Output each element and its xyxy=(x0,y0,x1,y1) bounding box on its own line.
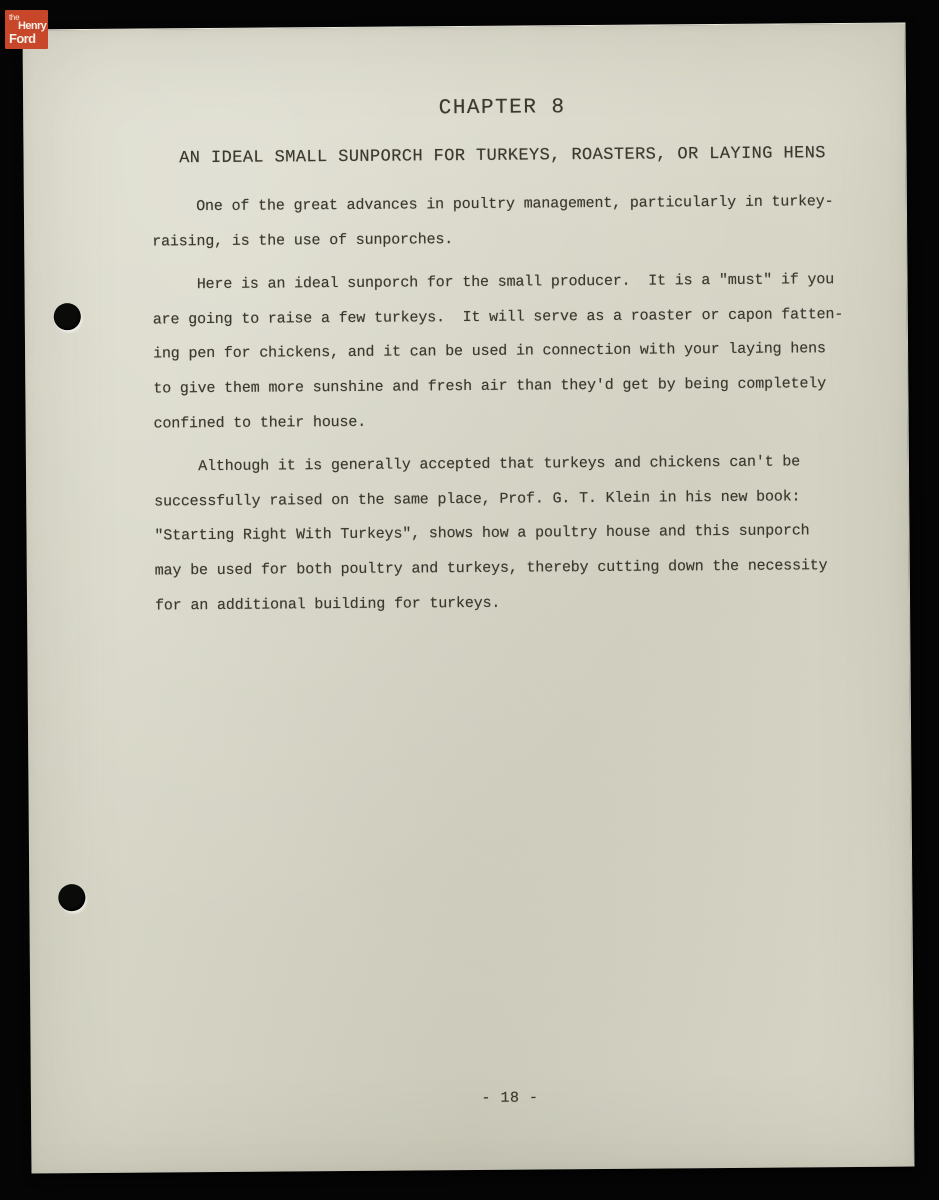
body-line: are going to raise a few turkeys. It wil… xyxy=(153,298,855,338)
punch-hole-bottom-icon xyxy=(58,884,85,911)
document-page: CHAPTER 8 AN IDEAL SMALL SUNPORCH FOR TU… xyxy=(23,23,915,1174)
body-line: Although it is generally accepted that t… xyxy=(154,445,856,485)
body-line: raising, is the use of sunporches. xyxy=(152,220,854,260)
body-line: successfully raised on the same place, P… xyxy=(154,480,856,520)
page-subtitle: AN IDEAL SMALL SUNPORCH FOR TURKEYS, ROA… xyxy=(151,142,853,172)
body-line: may be used for both poultry and turkeys… xyxy=(155,549,857,589)
chapter-heading: CHAPTER 8 xyxy=(151,92,853,126)
punch-hole-top-icon xyxy=(54,303,81,330)
body-line: to give them more sunshine and fresh air… xyxy=(153,367,855,407)
logo-text-ford: Ford xyxy=(9,31,35,46)
photo-background: CHAPTER 8 AN IDEAL SMALL SUNPORCH FOR TU… xyxy=(0,0,939,1200)
body-line: "Starting Right With Turkeys", shows how… xyxy=(154,514,856,554)
henry-ford-logo: the Henry Ford xyxy=(5,10,48,49)
paragraph: One of the great advances in poultry man… xyxy=(152,185,855,260)
paragraph: Here is an ideal sunporch for the small … xyxy=(152,263,855,441)
page-content: CHAPTER 8 AN IDEAL SMALL SUNPORCH FOR TU… xyxy=(151,24,862,1172)
body-text: One of the great advances in poultry man… xyxy=(152,185,857,624)
body-line: One of the great advances in poultry man… xyxy=(152,185,854,225)
body-line: Here is an ideal sunporch for the small … xyxy=(152,263,854,303)
page-number: - 18 - xyxy=(159,1086,861,1112)
body-line: for an additional building for turkeys. xyxy=(155,583,857,623)
paragraph: Although it is generally accepted that t… xyxy=(154,445,857,623)
body-line: confined to their house. xyxy=(153,402,855,442)
body-line: ing pen for chickens, and it can be used… xyxy=(153,332,855,372)
